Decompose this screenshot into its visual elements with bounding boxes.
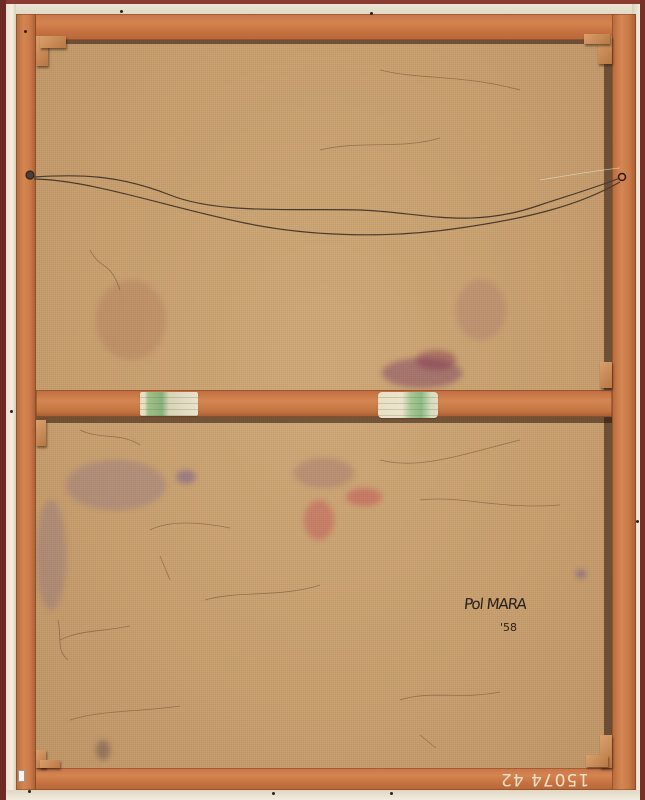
crossbar-key-right [600,362,612,388]
stretcher-crossbar [36,390,612,417]
stain-purple [36,500,66,610]
signature-name: Pol MARA [463,595,527,613]
signature-date: '58 [500,621,517,634]
stain-dots [96,280,166,360]
stretcher-bar-top [16,14,636,40]
corner-key-top-right [584,34,610,44]
tack [10,410,13,413]
corner-key-top-left [40,36,66,48]
shadow [36,417,612,423]
corner-key-bottom-left [40,760,60,768]
stain-purple [66,460,166,510]
painting-back-photo: Pol MARA '58 15074 42 [0,0,645,800]
tape-label-right [378,392,438,418]
canvas-wrap-bottom [6,790,640,800]
tack [272,792,275,795]
canvas-wrap-left [6,4,16,796]
shadow [36,40,612,44]
stain-red [304,500,334,540]
stain-purple [176,470,196,484]
stain-red [346,488,382,506]
stain-dark [96,740,110,760]
stain-purple [294,458,354,488]
corner-key-bottom-right [586,755,608,767]
tack [24,30,27,33]
crossbar-key-left [36,420,46,446]
stain-purple [576,570,586,578]
stretcher-bar-right [612,14,636,790]
tape-label-left [140,392,198,416]
canvas-wrap-top [6,4,640,14]
tack [390,792,393,795]
stain-purple [416,350,456,370]
small-label [18,770,25,782]
stretcher-bar-left [16,14,36,790]
chalk-inventory-number: 15074 42 [500,769,589,789]
painted-edge-right [640,0,645,800]
tack [120,10,123,13]
tack [28,790,31,793]
tack [636,520,639,523]
tack [370,12,373,15]
artist-signature: Pol MARA '58 [464,595,524,641]
stain-purple [456,280,506,340]
